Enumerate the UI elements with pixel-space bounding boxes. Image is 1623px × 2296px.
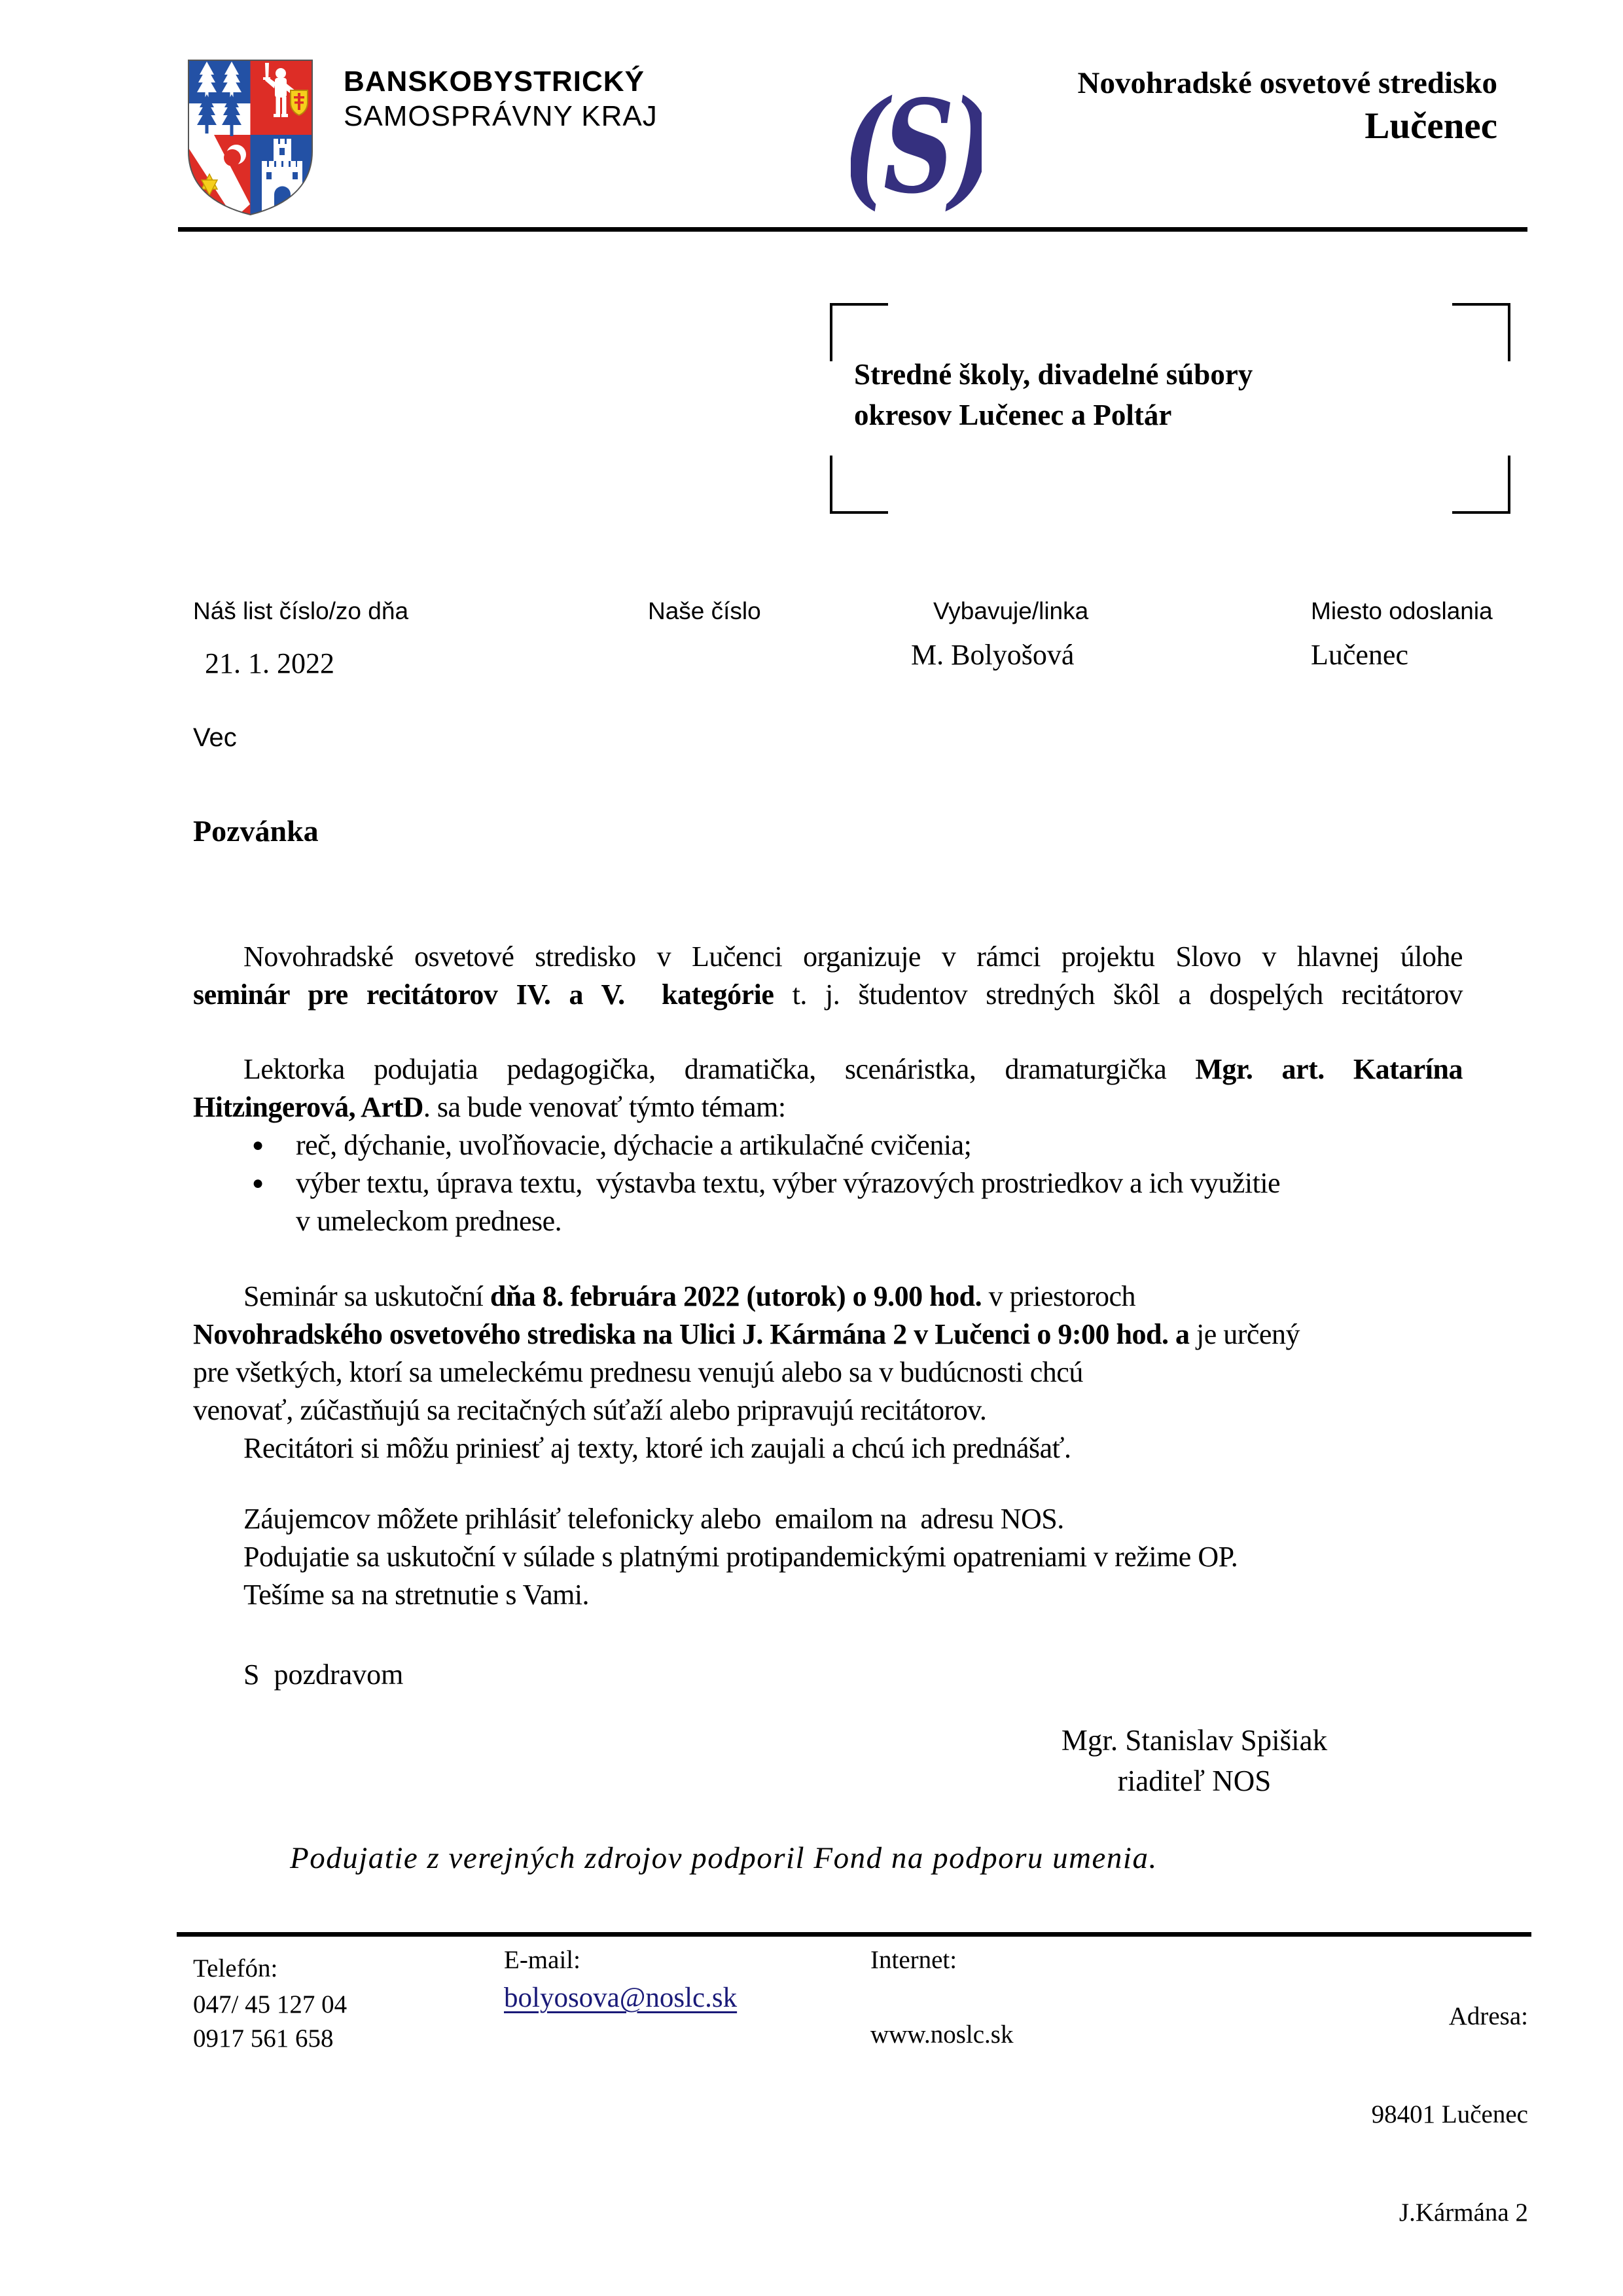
bbsk-coat-of-arms [183, 56, 317, 220]
paragraph: Lektorka podujatia pedagogička, dramatič… [193, 1050, 1463, 1240]
address-line: J.Kármána 2 [1135, 2197, 1528, 2229]
paragraph: Záujemcov môžete prihlásiť telefonicky a… [193, 1500, 1463, 1614]
window-corner-mark [830, 303, 888, 361]
ref-value-place: Lučenec [1311, 638, 1408, 672]
bullet-icon: ● [252, 1164, 264, 1202]
funding-note: Podujatie z verejných zdrojov podporil F… [290, 1840, 1158, 1876]
phone-label: Telefón: [193, 1954, 277, 1983]
header-divider [178, 227, 1527, 232]
org-city: Lučenec [1000, 105, 1497, 147]
ref-value-date: 21. 1. 2022 [205, 647, 334, 680]
body-line: Novohradského osvetového strediska na Ul… [193, 1316, 1463, 1354]
body-line: v umeleckom prednese. [193, 1202, 1463, 1240]
ref-label-our-letter: Náš list číslo/zo dňa [193, 598, 408, 625]
window-corner-mark [1452, 303, 1510, 361]
ref-label-handled-by: Vybavuje/linka [933, 598, 1088, 625]
email-link[interactable]: bolyosova@noslc.sk [504, 1982, 737, 2014]
website: www.noslc.sk [870, 2020, 1013, 2049]
nos-monogram-logo: (S) [851, 59, 982, 229]
email-label: E-mail: [504, 1945, 580, 1975]
region-name-line1: BANSKOBYSTRICKÝ [344, 65, 645, 98]
window-corner-mark [1452, 456, 1510, 514]
recipient-line: okresov Lučenec a Poltár [854, 395, 1171, 435]
letter-page: BANSKOBYSTRICKÝ SAMOSPRÁVNY KRAJ (S) Nov… [0, 0, 1623, 2296]
internet-label: Internet: [870, 1945, 957, 1975]
closing-salutation: S pozdravom [243, 1658, 403, 1691]
body-line: Podujatie sa uskutoční v súlade s platný… [193, 1538, 1463, 1576]
paragraph: Seminár sa uskutoční dňa 8. februára 202… [193, 1278, 1463, 1467]
address-block: Adresa: 98401 Lučenec J.Kármána 2 [1135, 1935, 1528, 2295]
bullet-icon: ● [252, 1126, 264, 1164]
body-line: pre všetkých, ktorí sa umeleckému predne… [193, 1354, 1463, 1391]
body-line: Hitzingerová, ArtD. sa bude venovať týmt… [193, 1088, 1463, 1126]
signatory-role: riaditeľ NOS [1011, 1761, 1378, 1801]
signature-block: Mgr. Stanislav Spišiak riaditeľ NOS [1011, 1720, 1378, 1801]
window-corner-mark [830, 456, 888, 514]
body-line: Seminár sa uskutoční dňa 8. februára 202… [193, 1278, 1463, 1316]
body-line: Tešíme sa na stretnutie s Vami. [193, 1576, 1463, 1614]
body-line: Záujemcov môžete prihlásiť telefonicky a… [193, 1500, 1463, 1538]
recipient-window: Stredné školy, divadelné súbory okresov … [830, 303, 1510, 514]
body-line: venovať, zúčastňujú sa recitačných súťaž… [193, 1391, 1463, 1429]
ref-value-handled-by: M. Bolyošová [911, 638, 1074, 672]
paragraph: Novohradské osvetové stredisko v Lučenci… [193, 938, 1463, 1014]
svg-text:(S): (S) [851, 73, 982, 223]
body-line: ●reč, dýchanie, uvoľňovacie, dýchacie a … [193, 1126, 1463, 1164]
address-label: Adresa: [1135, 2000, 1528, 2033]
phone-number: 0917 561 658 [193, 2024, 334, 2053]
recipient-line: Stredné školy, divadelné súbory [854, 354, 1253, 395]
body-line: seminár pre recitátorov IV. a V. kategór… [193, 976, 1463, 1014]
signatory-name: Mgr. Stanislav Spišiak [1011, 1720, 1378, 1761]
body-line: Lektorka podujatia pedagogička, dramatič… [193, 1050, 1463, 1088]
region-name-line2: SAMOSPRÁVNY KRAJ [344, 100, 658, 133]
ref-label-place: Miesto odoslania [1311, 598, 1493, 625]
ref-label-our-number: Naše číslo [648, 598, 761, 625]
body-line: ●výber textu, úprava textu, výstavba tex… [193, 1164, 1463, 1202]
phone-number: 047/ 45 127 04 [193, 1990, 347, 2019]
address-line: 98401 Lučenec [1135, 2098, 1528, 2131]
subject-label: Vec [193, 723, 237, 753]
body-line: Novohradské osvetové stredisko v Lučenci… [193, 938, 1463, 976]
subject-title: Pozvánka [193, 814, 319, 848]
org-name: Novohradské osvetové stredisko [1000, 65, 1497, 101]
body-line: Recitátori si môžu priniesť aj texty, kt… [193, 1429, 1463, 1467]
